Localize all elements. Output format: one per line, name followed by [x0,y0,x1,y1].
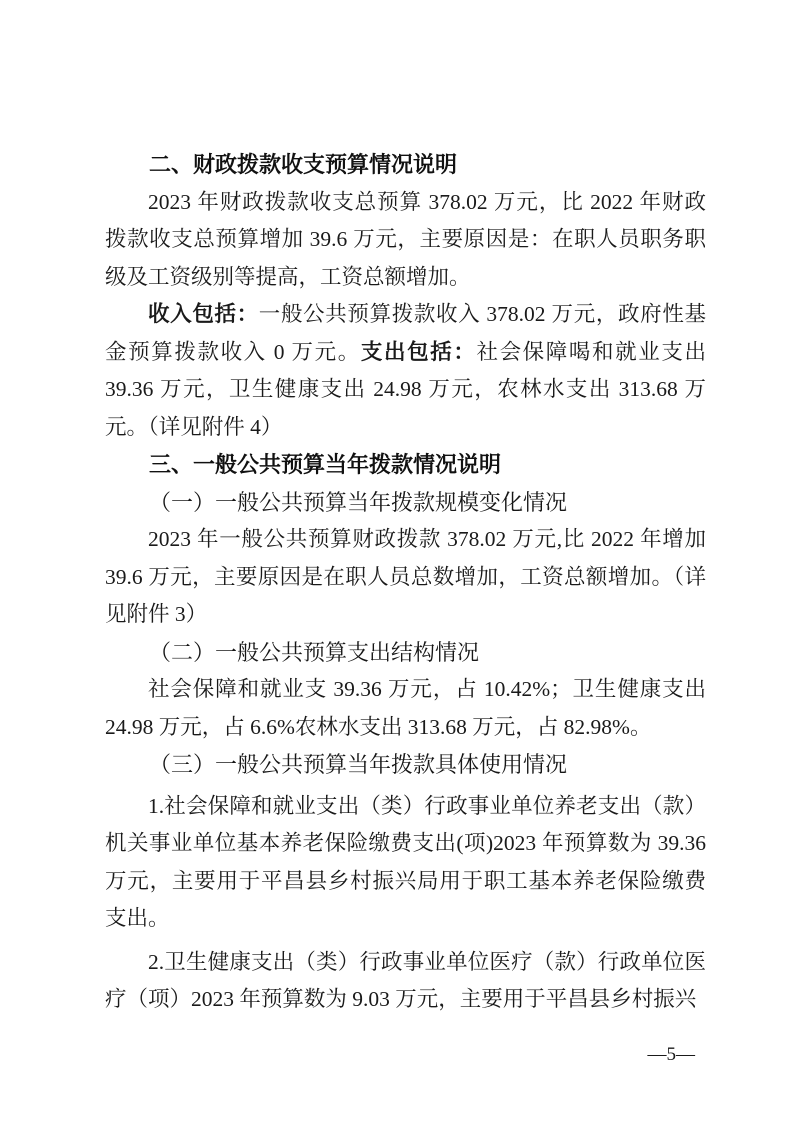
section3-heading: 三、一般公共预算当年拨款情况说明 [105,446,706,484]
page-number: —5— [648,1044,696,1066]
expense-label: 支出包括： [361,340,477,364]
section2-heading: 二、财政拨款收支预算情况说明 [105,146,706,184]
section3-sub1-paragraph: 2023 年一般公共预算财政拨款 378.02 万元,比 2022 年增加 39… [105,521,706,634]
section3-sub3-item2-paragraph: 2.卫生健康支出（类）行政事业单位医疗（款）行政单位医疗（项）2023 年预算数… [105,944,706,1019]
section3-sub1-heading: （一）一般公共预算当年拨款规模变化情况 [105,484,706,522]
document-body: 二、财政拨款收支预算情况说明 2023 年财政拨款收支总预算 378.02 万元… [105,146,706,1019]
section3-sub2-paragraph: 社会保障和就业支 39.36 万元，占 10.42%；卫生健康支出 24.98 … [105,671,706,746]
document-page: 二、财政拨款收支预算情况说明 2023 年财政拨款收支总预算 378.02 万元… [0,0,793,1122]
section3-sub3-item1-paragraph: 1.社会保障和就业支出（类）行政事业单位养老支出（款）机关事业单位基本养老保险缴… [105,788,706,938]
section3-sub2-heading: （二）一般公共预算支出结构情况 [105,634,706,672]
section2-paragraph-total-budget: 2023 年财政拨款收支总预算 378.02 万元，比 2022 年财政拨款收支… [105,184,706,297]
section2-paragraph-income-expense: 收入包括：一般公共预算拨款收入 378.02 万元，政府性基金预算拨款收入 0 … [105,296,706,446]
income-label: 收入包括： [148,302,259,326]
section3-sub3-heading: （三）一般公共预算当年拨款具体使用情况 [105,746,706,784]
